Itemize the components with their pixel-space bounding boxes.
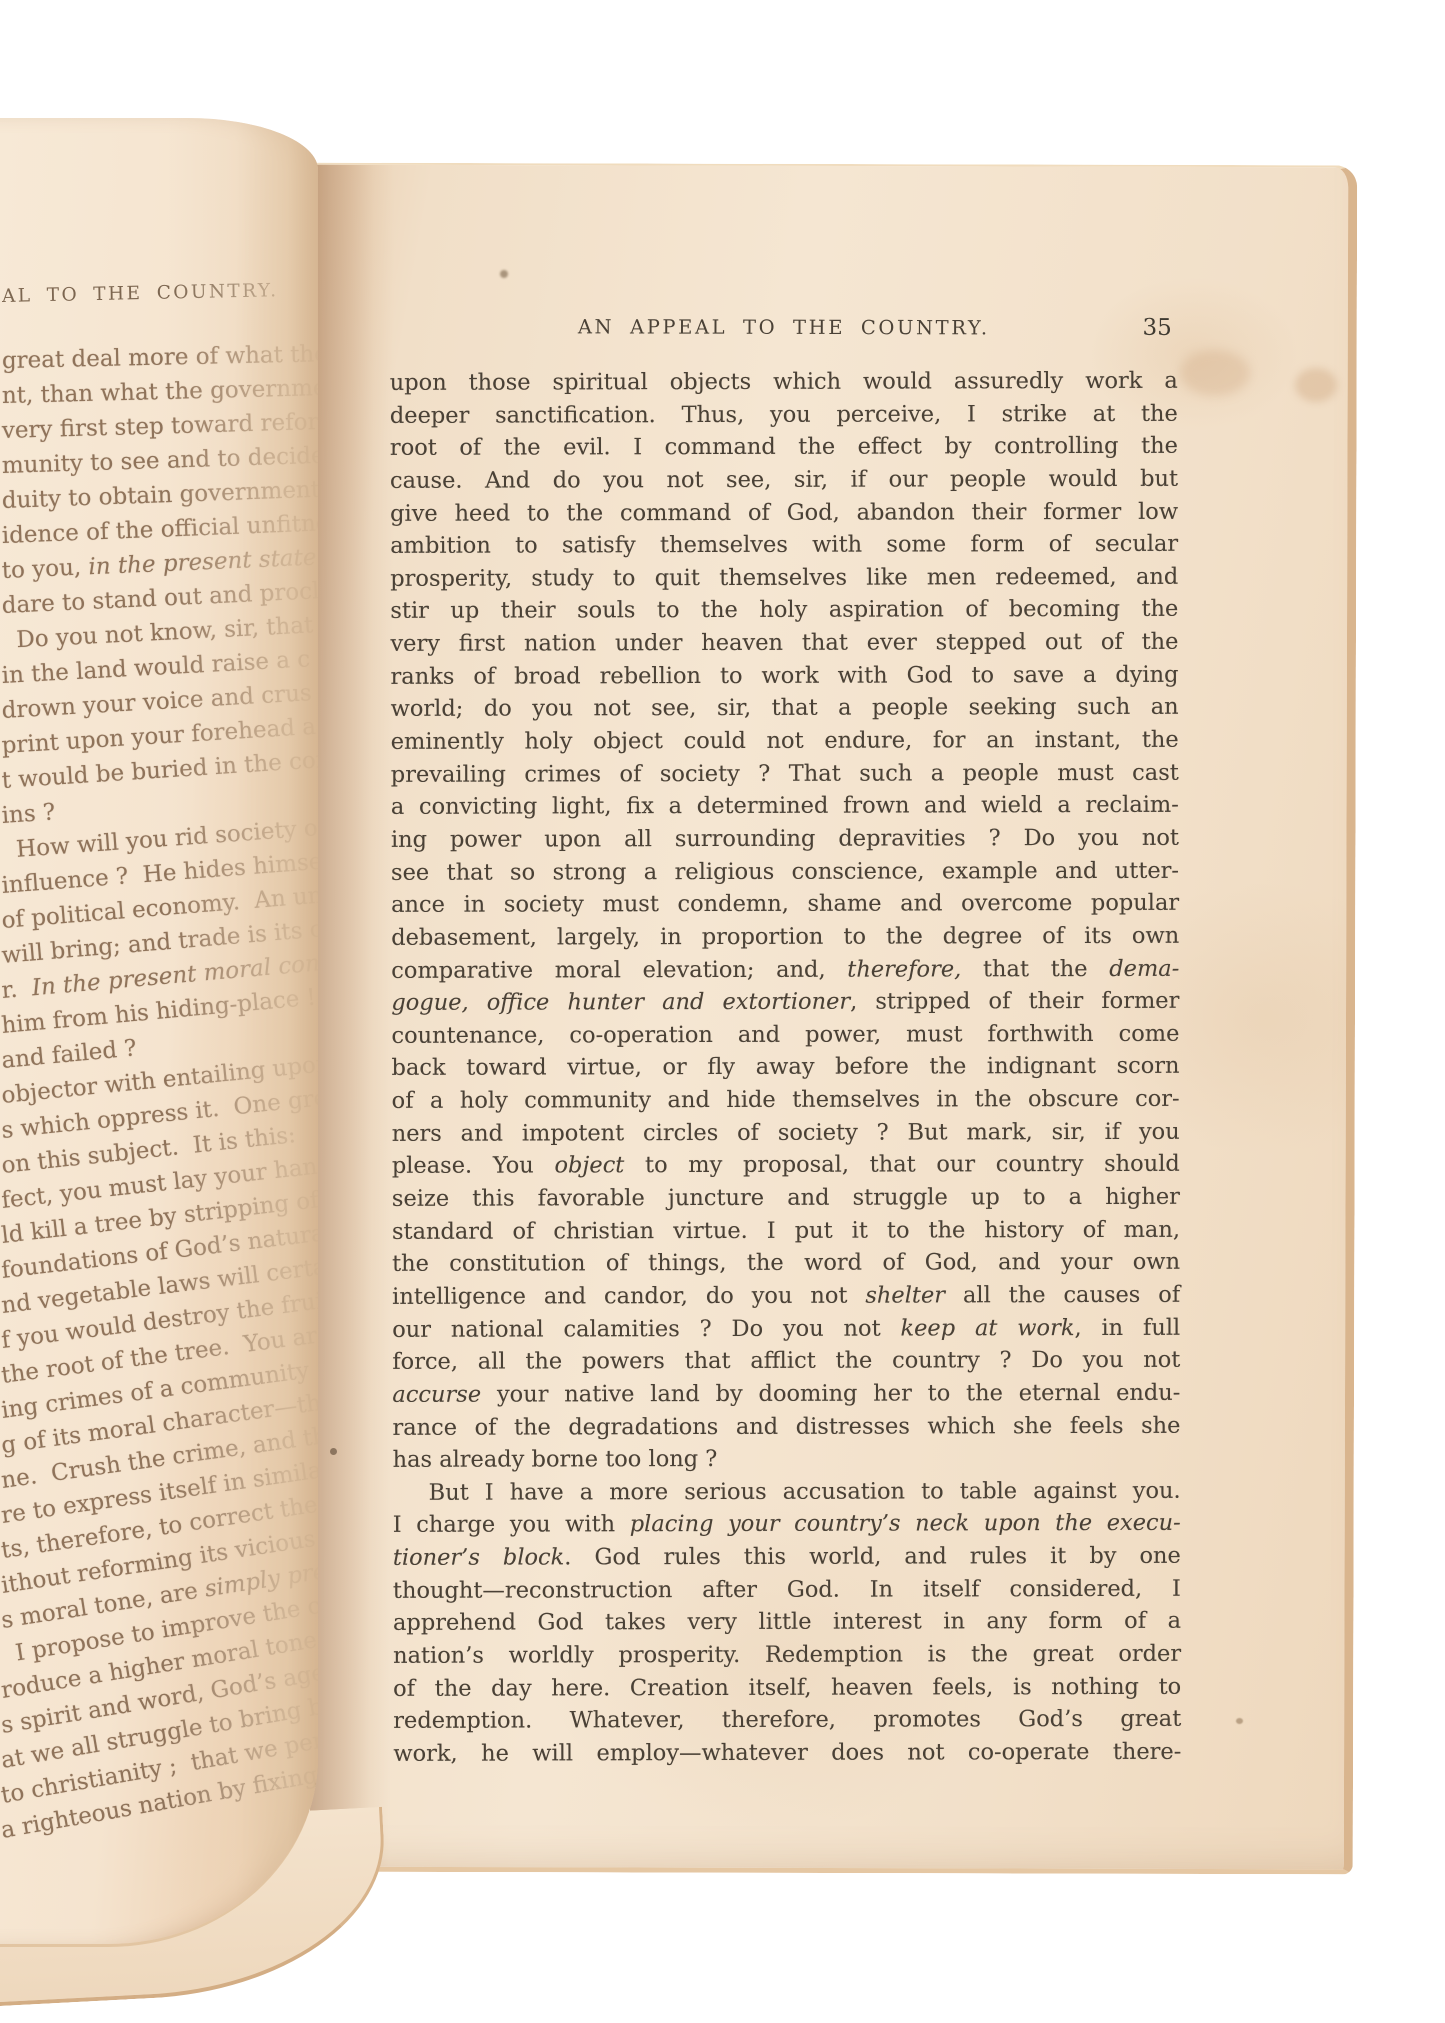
text-line: ners and impotent circles of society ? B… [392, 1116, 1180, 1151]
text-line: please. You object to my proposal, that … [392, 1148, 1180, 1183]
text-line: tioner’s block. God rules this world, an… [393, 1540, 1181, 1575]
text-line: countenance, co-operation and power, mus… [391, 1018, 1179, 1053]
right-page-header: AN APPEAL TO THE COUNTRY. 35 [390, 315, 1178, 349]
page-number: 35 [1142, 315, 1171, 341]
text-line: has already borne too long ? [393, 1442, 1181, 1477]
text-line: gogue, office hunter and extortioner, st… [391, 985, 1179, 1020]
text-line: prosperity, study to quit themselves lik… [390, 561, 1178, 596]
text-line: prevailing crimes of society ? That such… [391, 756, 1179, 791]
text-line: redemption. Whatever, therefore, promote… [393, 1703, 1181, 1738]
text-line: deeper sanctification. Thus, you perceiv… [390, 397, 1178, 432]
text-line: eminently holy object could not endure, … [391, 724, 1179, 759]
text-line: debasement, largely, in proportion to th… [391, 920, 1179, 955]
text-line: intelligence and candor, do you not shel… [392, 1279, 1180, 1314]
running-head: AN APPEAL TO THE COUNTRY. [390, 315, 1178, 340]
text-line: comparative moral elevation; and, theref… [391, 952, 1179, 987]
text-line: But I have a more serious accusation to … [393, 1475, 1181, 1510]
right-page: AN APPEAL TO THE COUNTRY. 35 upon those … [310, 163, 1357, 1875]
text-line: ing power upon all surrounding depraviti… [391, 822, 1179, 857]
text-line: of the day here. Creation itself, heaven… [393, 1670, 1181, 1705]
text-line: thought—reconstruction after God. In its… [393, 1572, 1181, 1607]
text-line: the constitution of things, the word of … [392, 1246, 1180, 1281]
text-line: ranks of broad rebellion to work with Go… [390, 659, 1178, 694]
text-line: our national calamities ? Do you not kee… [392, 1311, 1180, 1346]
text-line: rance of the degradations and distresses… [392, 1409, 1180, 1444]
text-line: cause. And do you not see, sir, if our p… [390, 463, 1178, 498]
text-line: I charge you with placing your country’s… [393, 1507, 1181, 1542]
text-line: see that so strong a religious conscienc… [391, 854, 1179, 889]
text-line: upon those spiritual objects which would… [390, 365, 1178, 400]
text-line: stir up their souls to the holy aspirati… [390, 593, 1178, 628]
text-line: of a holy community and hide themselves … [392, 1083, 1180, 1118]
left-running-head-fragment: AL TO THE COUNTRY. [2, 280, 279, 307]
text-line: seize this favorable juncture and strugg… [392, 1181, 1180, 1216]
text-line: work, he will employ—whatever does not c… [393, 1736, 1181, 1771]
text-line: ambition to satisfy themselves with some… [390, 528, 1178, 563]
book-photo: AN APPEAL TO THE COUNTRY. 35 upon those … [0, 0, 1445, 2023]
text-line: apprehend God takes very little interest… [393, 1605, 1181, 1640]
text-line: standard of christian virtue. I put it t… [392, 1213, 1180, 1248]
gutter-shadow [310, 165, 394, 1867]
text-line: give heed to the command of God, abandon… [390, 495, 1178, 530]
right-page-text: upon those spiritual objects which would… [390, 365, 1182, 1771]
text-line: a convicting light, fix a determined fro… [391, 789, 1179, 824]
text-line: force, all the powers that afflict the c… [392, 1344, 1180, 1379]
text-line: accurse your native land by dooming her … [392, 1377, 1180, 1412]
text-line: back toward virtue, or fly away before t… [391, 1050, 1179, 1085]
text-line: nation’s worldly prosperity. Redemption … [393, 1638, 1181, 1673]
left-page-text: great deal more of what they sent, than … [2, 344, 314, 1849]
left-page: AL TO THE COUNTRY. great deal more of wh… [0, 118, 318, 1947]
text-line: ance in society must condemn, shame and … [391, 887, 1179, 922]
text-line: world; do you not see, sir, that a peopl… [391, 691, 1179, 726]
text-line: very first nation under heaven that ever… [390, 626, 1178, 661]
text-line: root of the evil. I command the effect b… [390, 430, 1178, 465]
